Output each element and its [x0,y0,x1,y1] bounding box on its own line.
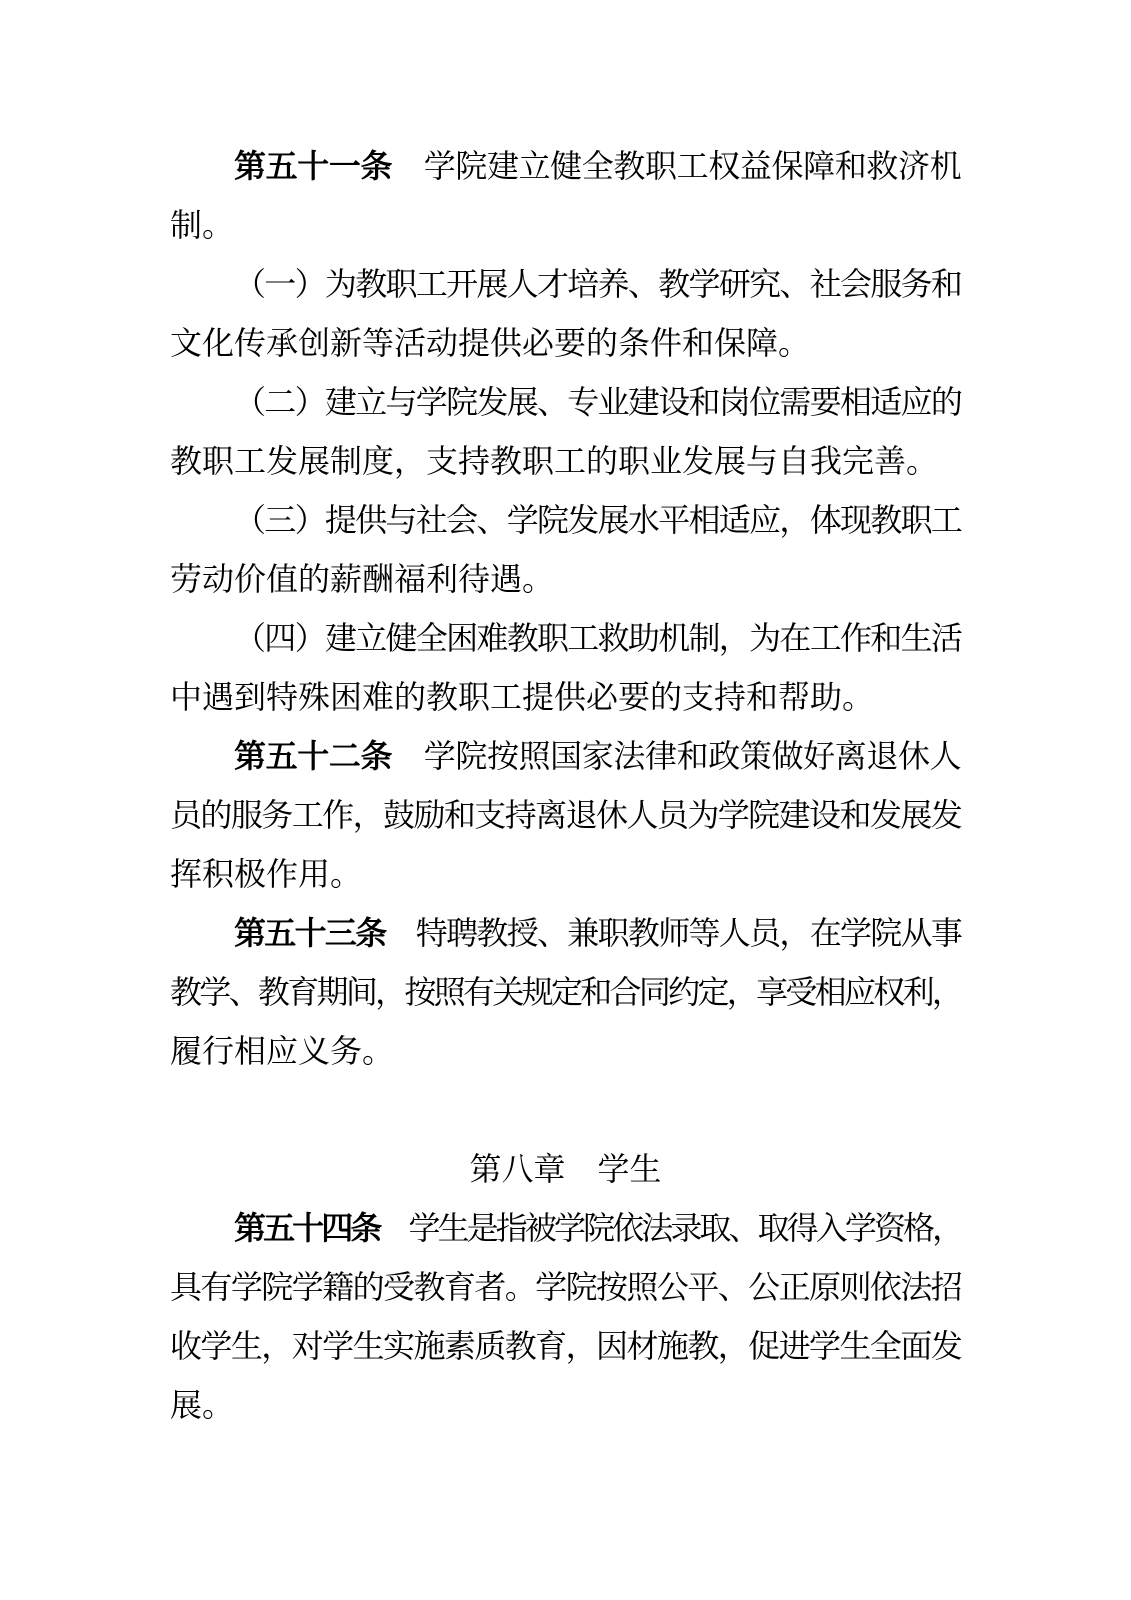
text-run: 文化传承创新等活动提供必要的条件和保障。 [170,325,810,361]
text-line: 第五十一条 学院建立健全教职工权益保障和救济机 [170,137,961,196]
text-line: 劳动价值的薪酬福利待遇。 [170,550,961,609]
blank-line [170,1081,961,1140]
text-run: 教职工发展制度，支持教职工的职业发展与自我完善。 [170,443,938,479]
text-run: 中遇到特殊困难的教职工提供必要的支持和帮助。 [170,679,874,715]
text-run: 第八章 学生 [469,1151,661,1187]
text-run: （三）提供与社会、学院发展水平相适应，体现教职工 [234,502,961,538]
text-run: 教学、教育期间，按照有关规定和合同约定，享受相应权利， [170,974,961,1010]
article-number: 第五十一条 [234,148,392,184]
text-run: （二）建立与学院发展、专业建设和岗位需要相适应的 [234,384,961,420]
text-line: 履行相应义务。 [170,1022,961,1081]
text-run: 展。 [170,1387,234,1423]
document-body: 第五十一条 学院建立健全教职工权益保障和救济机制。（一）为教职工开展人才培养、教… [170,137,961,1435]
text-line: 制。 [170,196,961,255]
text-line: （一）为教职工开展人才培养、教学研究、社会服务和 [170,255,961,314]
article-number: 第五十二条 [234,738,392,774]
text-run: 学生是指被学院依法录取、取得入学资格， [379,1210,961,1246]
text-line: 挥积极作用。 [170,845,961,904]
text-run: 履行相应义务。 [170,1033,394,1069]
text-line: 文化传承创新等活动提供必要的条件和保障。 [170,314,961,373]
text-line: （四）建立健全困难教职工救助机制，为在工作和生活 [170,609,961,668]
text-line: 第五十二条 学院按照国家法律和政策做好离退休人 [170,727,961,786]
text-line: 收学生，对学生实施素质教育，因材施教，促进学生全面发 [170,1317,961,1376]
text-line: 第五十四条 学生是指被学院依法录取、取得入学资格， [170,1199,961,1258]
text-run: 特聘教授、兼职教师等人员，在学院从事 [386,915,962,951]
text-line: 第五十三条 特聘教授、兼职教师等人员，在学院从事 [170,904,961,963]
text-run: 学院按照国家法律和政策做好离退休人 [392,738,961,774]
text-run: 员的服务工作，鼓励和支持离退休人员为学院建设和发展发 [170,797,961,833]
text-run: （一）为教职工开展人才培养、教学研究、社会服务和 [234,266,961,302]
text-line: 员的服务工作，鼓励和支持离退休人员为学院建设和发展发 [170,786,961,845]
text-line: 教职工发展制度，支持教职工的职业发展与自我完善。 [170,432,961,491]
document-page: 第五十一条 学院建立健全教职工权益保障和救济机制。（一）为教职工开展人才培养、教… [0,0,1131,1600]
text-run: （四）建立健全困难教职工救助机制，为在工作和生活 [234,620,961,656]
text-run: 劳动价值的薪酬福利待遇。 [170,561,554,597]
article-number: 第五十三条 [234,915,386,951]
text-line: 中遇到特殊困难的教职工提供必要的支持和帮助。 [170,668,961,727]
article-number: 第五十四条 [234,1210,379,1246]
text-run: 收学生，对学生实施素质教育，因材施教，促进学生全面发 [170,1328,961,1364]
text-line: 教学、教育期间，按照有关规定和合同约定，享受相应权利， [170,963,961,1022]
text-run: 具有学院学籍的受教育者。学院按照公平、公正原则依法招 [170,1269,961,1305]
text-run: 学院建立健全教职工权益保障和救济机 [392,148,961,184]
text-line: 展。 [170,1376,961,1435]
text-run: 挥积极作用。 [170,856,362,892]
text-run: 制。 [170,207,234,243]
text-line: （三）提供与社会、学院发展水平相适应，体现教职工 [170,491,961,550]
chapter-heading: 第八章 学生 [170,1140,961,1199]
text-line: （二）建立与学院发展、专业建设和岗位需要相适应的 [170,373,961,432]
text-line: 具有学院学籍的受教育者。学院按照公平、公正原则依法招 [170,1258,961,1317]
